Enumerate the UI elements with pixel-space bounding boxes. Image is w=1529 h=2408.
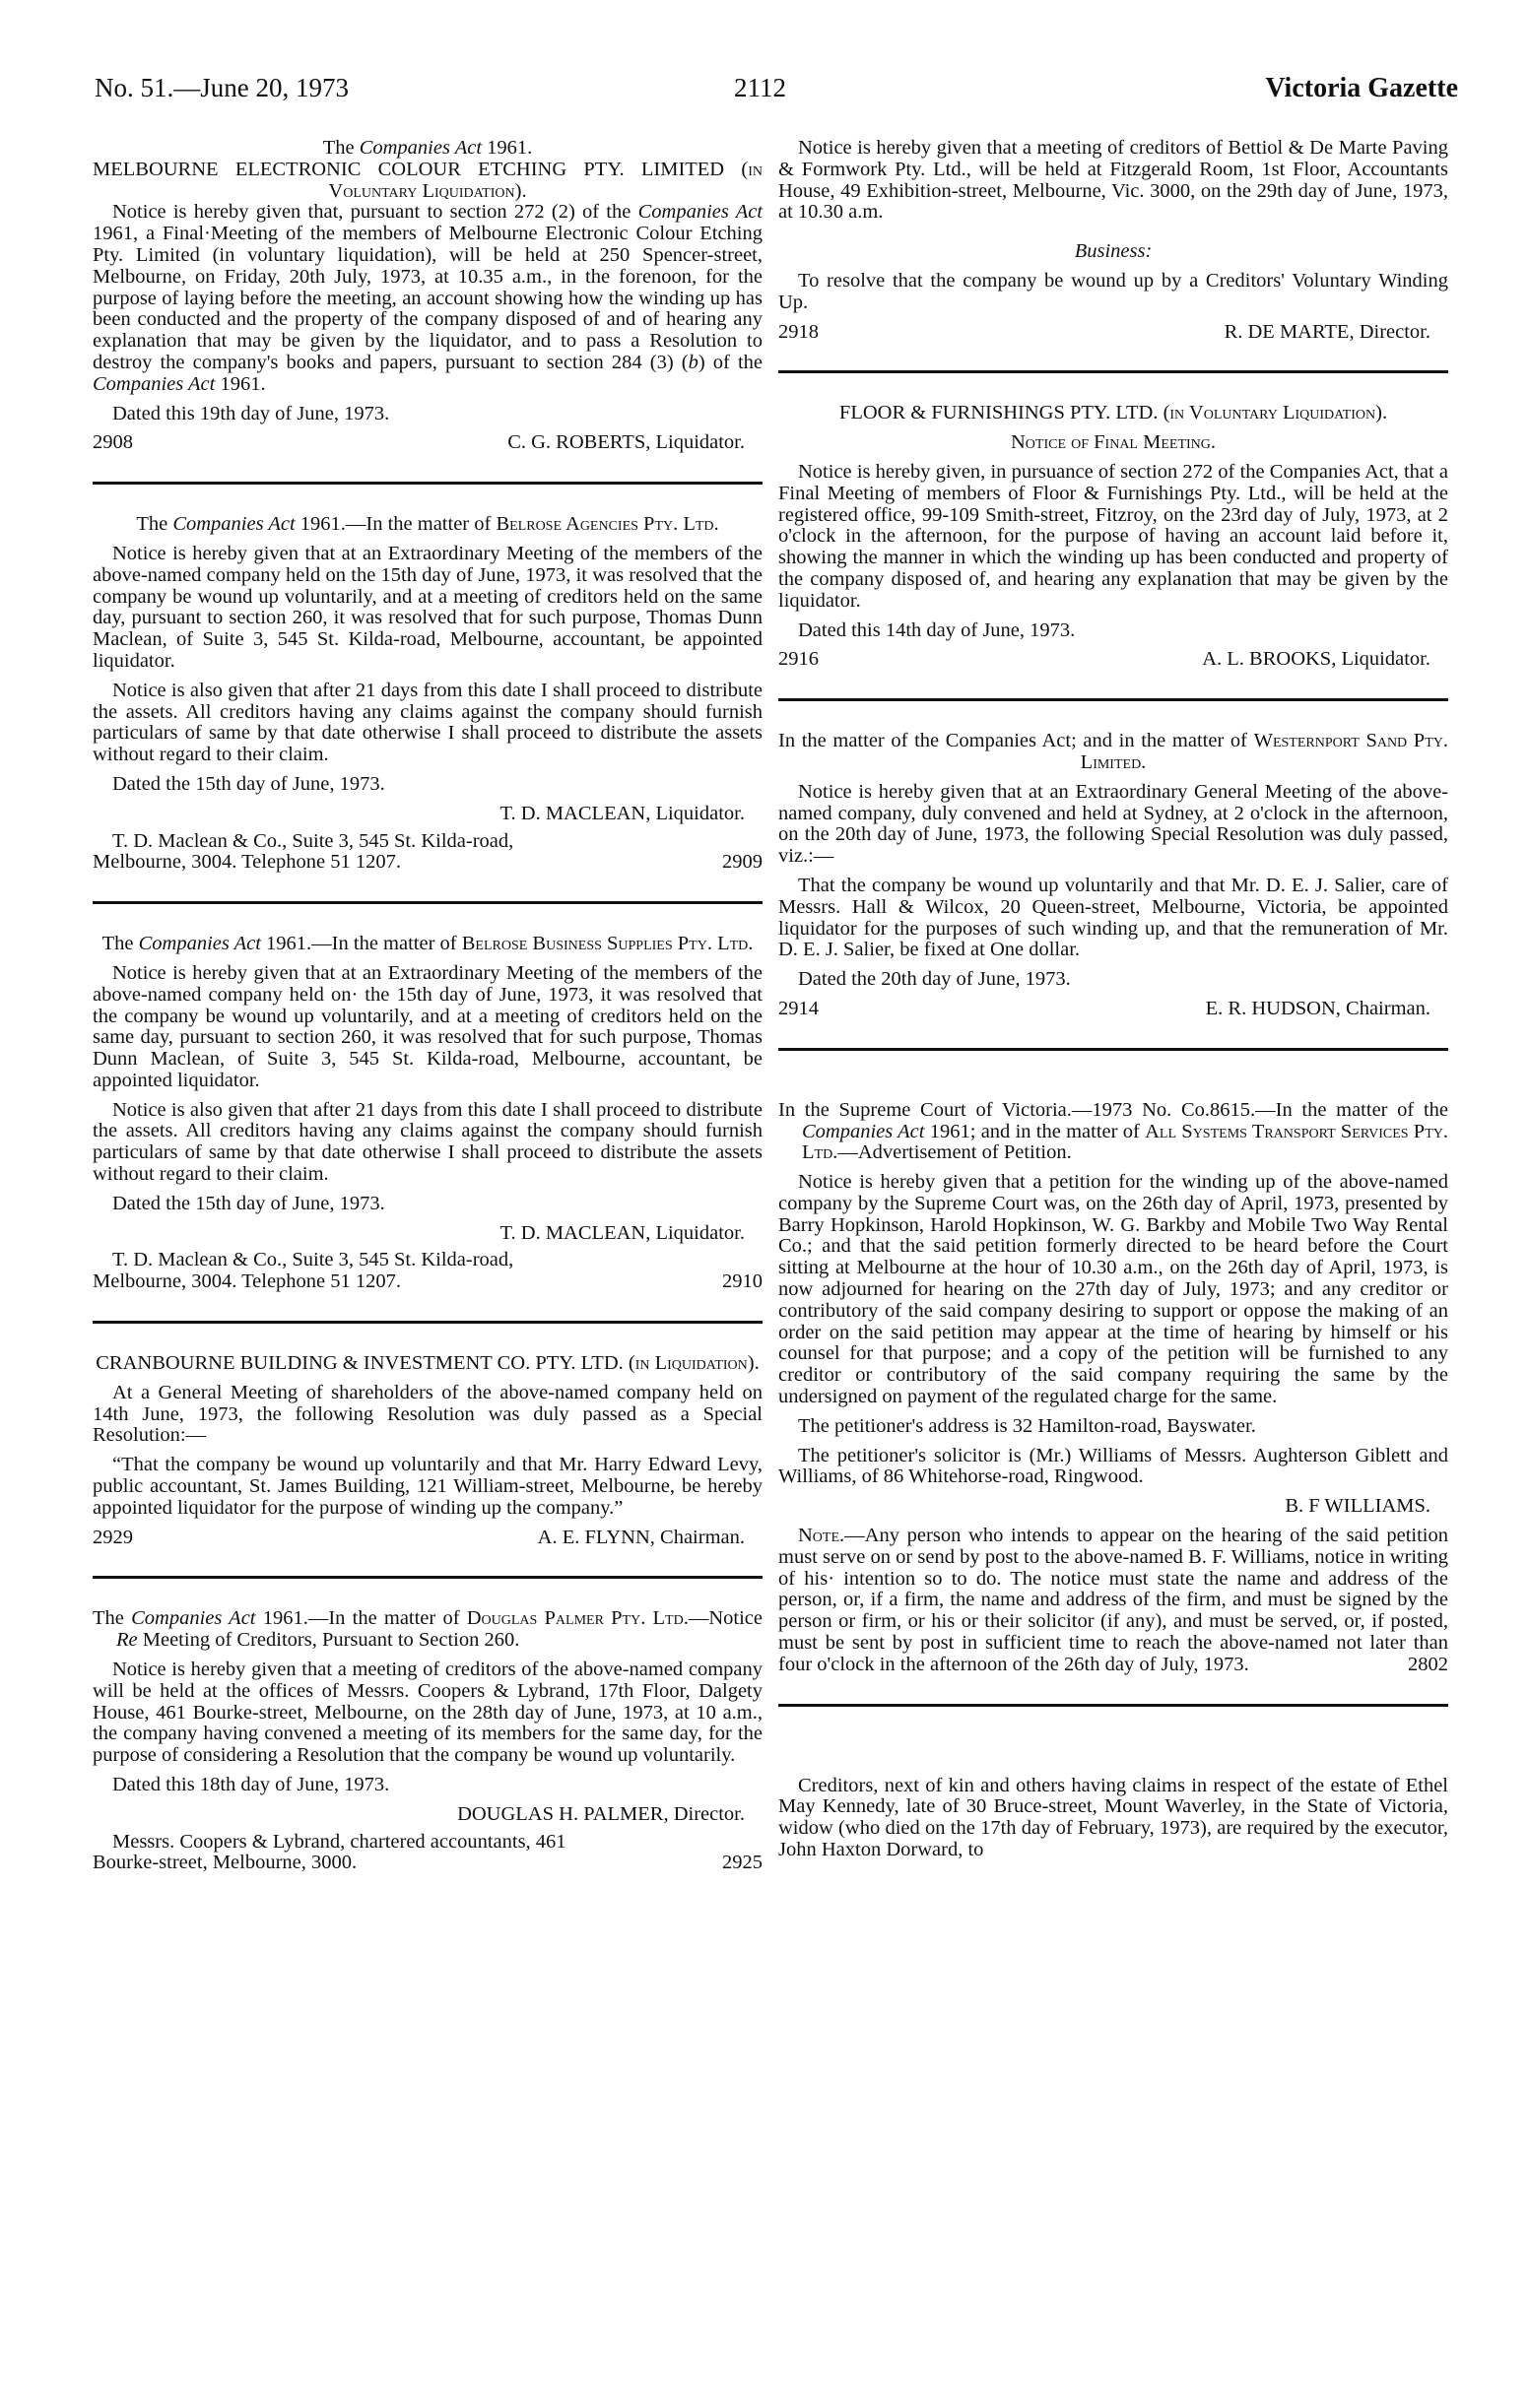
notice-body: Notice is hereby given, in pursuance of …	[778, 462, 1448, 613]
notice-note: Note.—Any person who intends to appear o…	[778, 1526, 1448, 1676]
notice-footer: 2914 E. R. HUDSON, Chairman.	[778, 999, 1448, 1020]
notice-dated: Dated this 14th day of June, 1973.	[778, 620, 1448, 642]
notice-body: Notice is also given that after 21 days …	[93, 1100, 763, 1186]
notice-douglas-palmer: The Companies Act 1961.—In the matter of…	[93, 1608, 763, 1874]
notice-address: T. D. Maclean & Co., Suite 3, 545 St. Ki…	[93, 831, 763, 875]
notice-signature: T. D. MACLEAN, Liquidator.	[93, 1223, 763, 1245]
notice-title: MELBOURNE ELECTRONIC COLOUR ETCHING PTY.…	[93, 160, 763, 203]
notice-signature: B. F WILLIAMS.	[778, 1496, 1448, 1518]
notice-body: At a General Meeting of shareholders of …	[93, 1383, 763, 1447]
notice-ref-number: 2918	[778, 322, 819, 344]
notice-signature: A. L. BROOKS, Liquidator.	[1202, 649, 1448, 671]
divider	[778, 698, 1448, 701]
notice-address: Messrs. Coopers & Lybrand, chartered acc…	[93, 1832, 763, 1875]
notice-title: The Companies Act 1961.—In the matter of…	[93, 1608, 763, 1652]
notice-footer: 2918 R. DE MARTE, Director.	[778, 322, 1448, 344]
notice-title: In the Supreme Court of Victoria.—1973 N…	[778, 1100, 1448, 1164]
notice-body: Notice is hereby given that a petition f…	[778, 1172, 1448, 1408]
notice-ref-number: 2925	[722, 1853, 763, 1874]
notice-footer: 2908 C. G. ROBERTS, Liquidator.	[93, 432, 763, 454]
notice-signature: T. D. MACLEAN, Liquidator.	[93, 804, 763, 825]
notice-melbourne-electronic: The Companies Act 1961. MELBOURNE ELECTR…	[93, 138, 763, 454]
divider	[93, 482, 763, 485]
page-header: No. 51.—June 20, 1973 2112 Victoria Gaze…	[0, 0, 1529, 128]
notice-signature: E. R. HUDSON, Chairman.	[1206, 999, 1448, 1020]
notice-title: In the matter of the Companies Act; and …	[778, 731, 1448, 774]
notice-subheading: Business:	[778, 241, 1448, 263]
divider	[93, 1321, 763, 1324]
notice-body: Creditors, next of kin and others having…	[778, 1776, 1448, 1861]
notice-floor-furnishings: FLOOR & FURNISHINGS PTY. LTD. (in Volunt…	[778, 403, 1448, 671]
notice-belrose-business: The Companies Act 1961.—In the matter of…	[93, 934, 763, 1293]
notice-dated: Dated the 20th day of June, 1973.	[778, 969, 1448, 991]
notice-ref-number: 2908	[93, 432, 133, 454]
notice-body: Notice is hereby given that a meeting of…	[93, 1660, 763, 1767]
notice-ref-number: 2929	[93, 1528, 133, 1549]
notice-ref-number: 2910	[722, 1271, 763, 1293]
notice-footer: 2929 A. E. FLYNN, Chairman.	[93, 1528, 763, 1549]
publication-title: Victoria Gazette	[1265, 73, 1458, 104]
notice-title: FLOOR & FURNISHINGS PTY. LTD. (in Volunt…	[778, 403, 1448, 424]
notice-dated: Dated this 18th day of June, 1973.	[93, 1775, 763, 1796]
divider	[778, 370, 1448, 373]
notice-bettiol-de-marte: Notice is hereby given that a meeting of…	[778, 138, 1448, 343]
notice-body: Notice is also given that after 21 days …	[93, 681, 763, 766]
divider	[778, 1704, 1448, 1707]
notice-ref-number: 2916	[778, 649, 819, 671]
notice-belrose-agencies: The Companies Act 1961.—In the matter of…	[93, 514, 763, 874]
left-column: The Companies Act 1961. MELBOURNE ELECTR…	[93, 138, 763, 1874]
divider	[778, 1048, 1448, 1051]
notice-body: Notice is hereby given that at an Extrao…	[778, 782, 1448, 868]
notice-body: The petitioner's solicitor is (Mr.) Will…	[778, 1446, 1448, 1489]
notice-footer: 2916 A. L. BROOKS, Liquidator.	[778, 649, 1448, 671]
notice-body: Notice is hereby given that, pursuant to…	[93, 202, 763, 395]
right-column: Notice is hereby given that a meeting of…	[778, 138, 1448, 1861]
notice-cranbourne: CRANBOURNE BUILDING & INVESTMENT CO. PTY…	[93, 1353, 763, 1548]
notice-signature: C. G. ROBERTS, Liquidator.	[507, 432, 763, 454]
notice-body: “That the company be wound up voluntaril…	[93, 1455, 763, 1519]
notice-dated: Dated the 15th day of June, 1973.	[93, 1194, 763, 1215]
notice-body: Notice is hereby given that a meeting of…	[778, 138, 1448, 224]
notice-ref-number: 2914	[778, 999, 819, 1020]
notice-body: That the company be wound up voluntarily…	[778, 876, 1448, 961]
notice-title: The Companies Act 1961.—In the matter of…	[93, 514, 763, 536]
notice-signature: R. DE MARTE, Director.	[1225, 322, 1448, 344]
notice-title: CRANBOURNE BUILDING & INVESTMENT CO. PTY…	[93, 1353, 763, 1375]
notice-body: Notice is hereby given that at an Extrao…	[93, 963, 763, 1092]
notice-ref-number: 2802	[1388, 1655, 1448, 1676]
divider	[93, 1576, 763, 1579]
notice-all-systems-transport: In the Supreme Court of Victoria.—1973 N…	[778, 1100, 1448, 1676]
notice-signature: A. E. FLYNN, Chairman.	[538, 1528, 763, 1549]
page-number: 2112	[734, 73, 786, 103]
divider	[93, 901, 763, 904]
issue-date: No. 51.—June 20, 1973	[95, 73, 349, 103]
notice-address: T. D. Maclean & Co., Suite 3, 545 St. Ki…	[93, 1250, 763, 1293]
notice-body: Notice is hereby given that at an Extrao…	[93, 544, 763, 673]
notice-westernport-sand: In the matter of the Companies Act; and …	[778, 731, 1448, 1020]
notice-body: The petitioner's address is 32 Hamilton-…	[778, 1416, 1448, 1438]
notice-signature: DOUGLAS H. PALMER, Director.	[93, 1804, 763, 1826]
notice-subheading: Notice of Final Meeting.	[778, 432, 1448, 454]
notice-body: To resolve that the company be wound up …	[778, 271, 1448, 314]
notice-act-line: The Companies Act 1961.	[93, 138, 763, 160]
notice-dated: Dated the 15th day of June, 1973.	[93, 774, 763, 796]
notice-dated: Dated this 19th day of June, 1973.	[93, 404, 763, 425]
notice-ref-number: 2909	[722, 852, 763, 874]
notice-kennedy-estate: Creditors, next of kin and others having…	[778, 1776, 1448, 1861]
notice-title: The Companies Act 1961.—In the matter of…	[93, 934, 763, 955]
